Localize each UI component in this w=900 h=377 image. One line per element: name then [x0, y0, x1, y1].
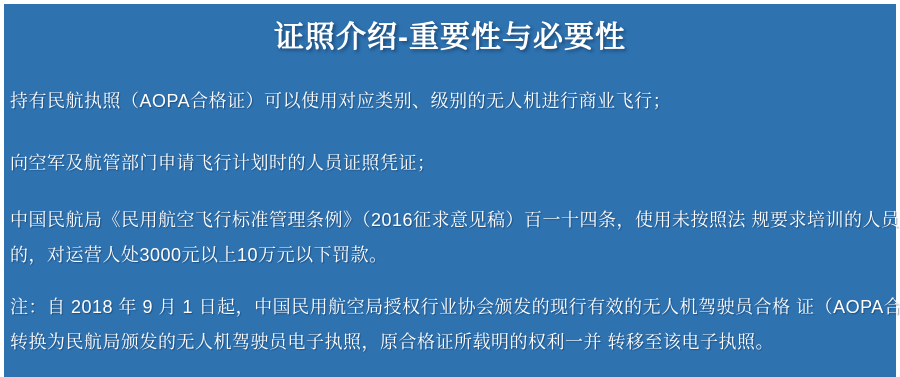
body-text-line: 转换为民航局颁发的无人机驾驶员电子执照，原合格证所载明的权利一并 转移至该电子执… — [10, 325, 890, 360]
body-text-line: 注：自 2018 年 9 月 1 日起，中国民用航空局授权行业协会颁发的现行有效… — [10, 290, 890, 325]
paragraph-caac-regulation: 中国民航局《民用航空飞行标准管理条例》（2016征求意见稿）百一十四条，使用未按… — [10, 203, 890, 273]
paragraph-license-use: 持有民航执照（AOPA合格证）可以使用对应类别、级别的无人机进行商业飞行； — [10, 88, 890, 114]
slide-background: 证照介绍-重要性与必要性 持有民航执照（AOPA合格证）可以使用对应类别、级别的… — [0, 0, 900, 377]
body-text-line: 持有民航执照（AOPA合格证）可以使用对应类别、级别的无人机进行商业飞行； — [10, 88, 890, 114]
body-text-line: 中国民航局《民用航空飞行标准管理条例》（2016征求意见稿）百一十四条，使用未按… — [10, 203, 890, 238]
slide-title: 证照介绍-重要性与必要性 — [4, 14, 896, 62]
body-text-line: 向空军及航管部门申请飞行计划时的人员证照凭证； — [10, 150, 890, 176]
body-text-line: 的，对运营人处3000元以上10万元以下罚款。 — [10, 238, 890, 273]
screenshot-stage: 证照介绍-重要性与必要性 持有民航执照（AOPA合格证）可以使用对应类别、级别的… — [0, 0, 900, 377]
paragraph-flight-plan-credential: 向空军及航管部门申请飞行计划时的人员证照凭证； — [10, 150, 890, 176]
paragraph-note-license-conversion: 注：自 2018 年 9 月 1 日起，中国民用航空局授权行业协会颁发的现行有效… — [10, 290, 890, 360]
